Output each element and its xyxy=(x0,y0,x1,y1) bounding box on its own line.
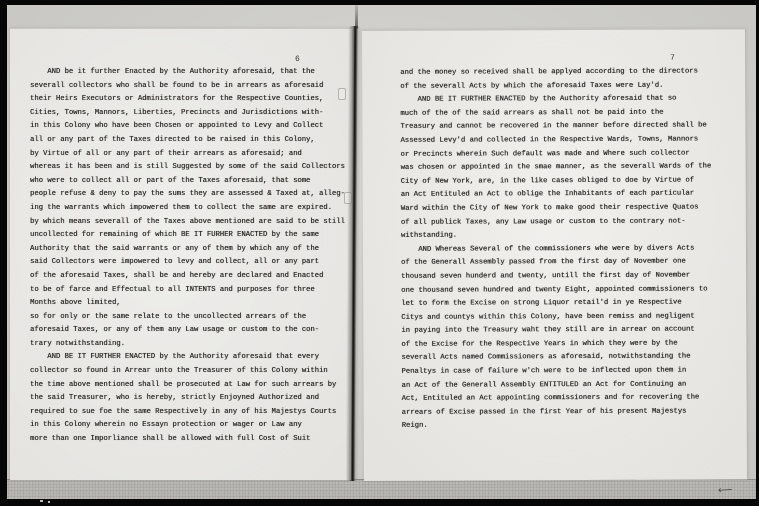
film-bottom-band xyxy=(7,479,756,499)
gutter-punch-mark xyxy=(338,88,346,100)
center-fold-shadow xyxy=(346,26,362,481)
microfilm-frame: 6 AND be it further Enacted by the Autho… xyxy=(0,0,759,506)
page-7: 7 and the money so received shall be app… xyxy=(362,28,748,481)
center-fold-shadow-top xyxy=(355,5,358,29)
page-number-6: 6 xyxy=(295,55,300,64)
page-7-body-text: and the money so received shall be apply… xyxy=(400,65,712,433)
handwritten-arrow-mark: ⟵ xyxy=(718,485,733,497)
film-speck xyxy=(40,500,43,502)
gutter-punch-mark xyxy=(344,192,352,204)
page-number-7: 7 xyxy=(670,54,675,63)
film-speck xyxy=(48,501,50,503)
page-6: 6 AND be it further Enacted by the Autho… xyxy=(10,28,352,480)
page-6-body-text: AND be it further Enacted by the Authori… xyxy=(30,66,345,447)
